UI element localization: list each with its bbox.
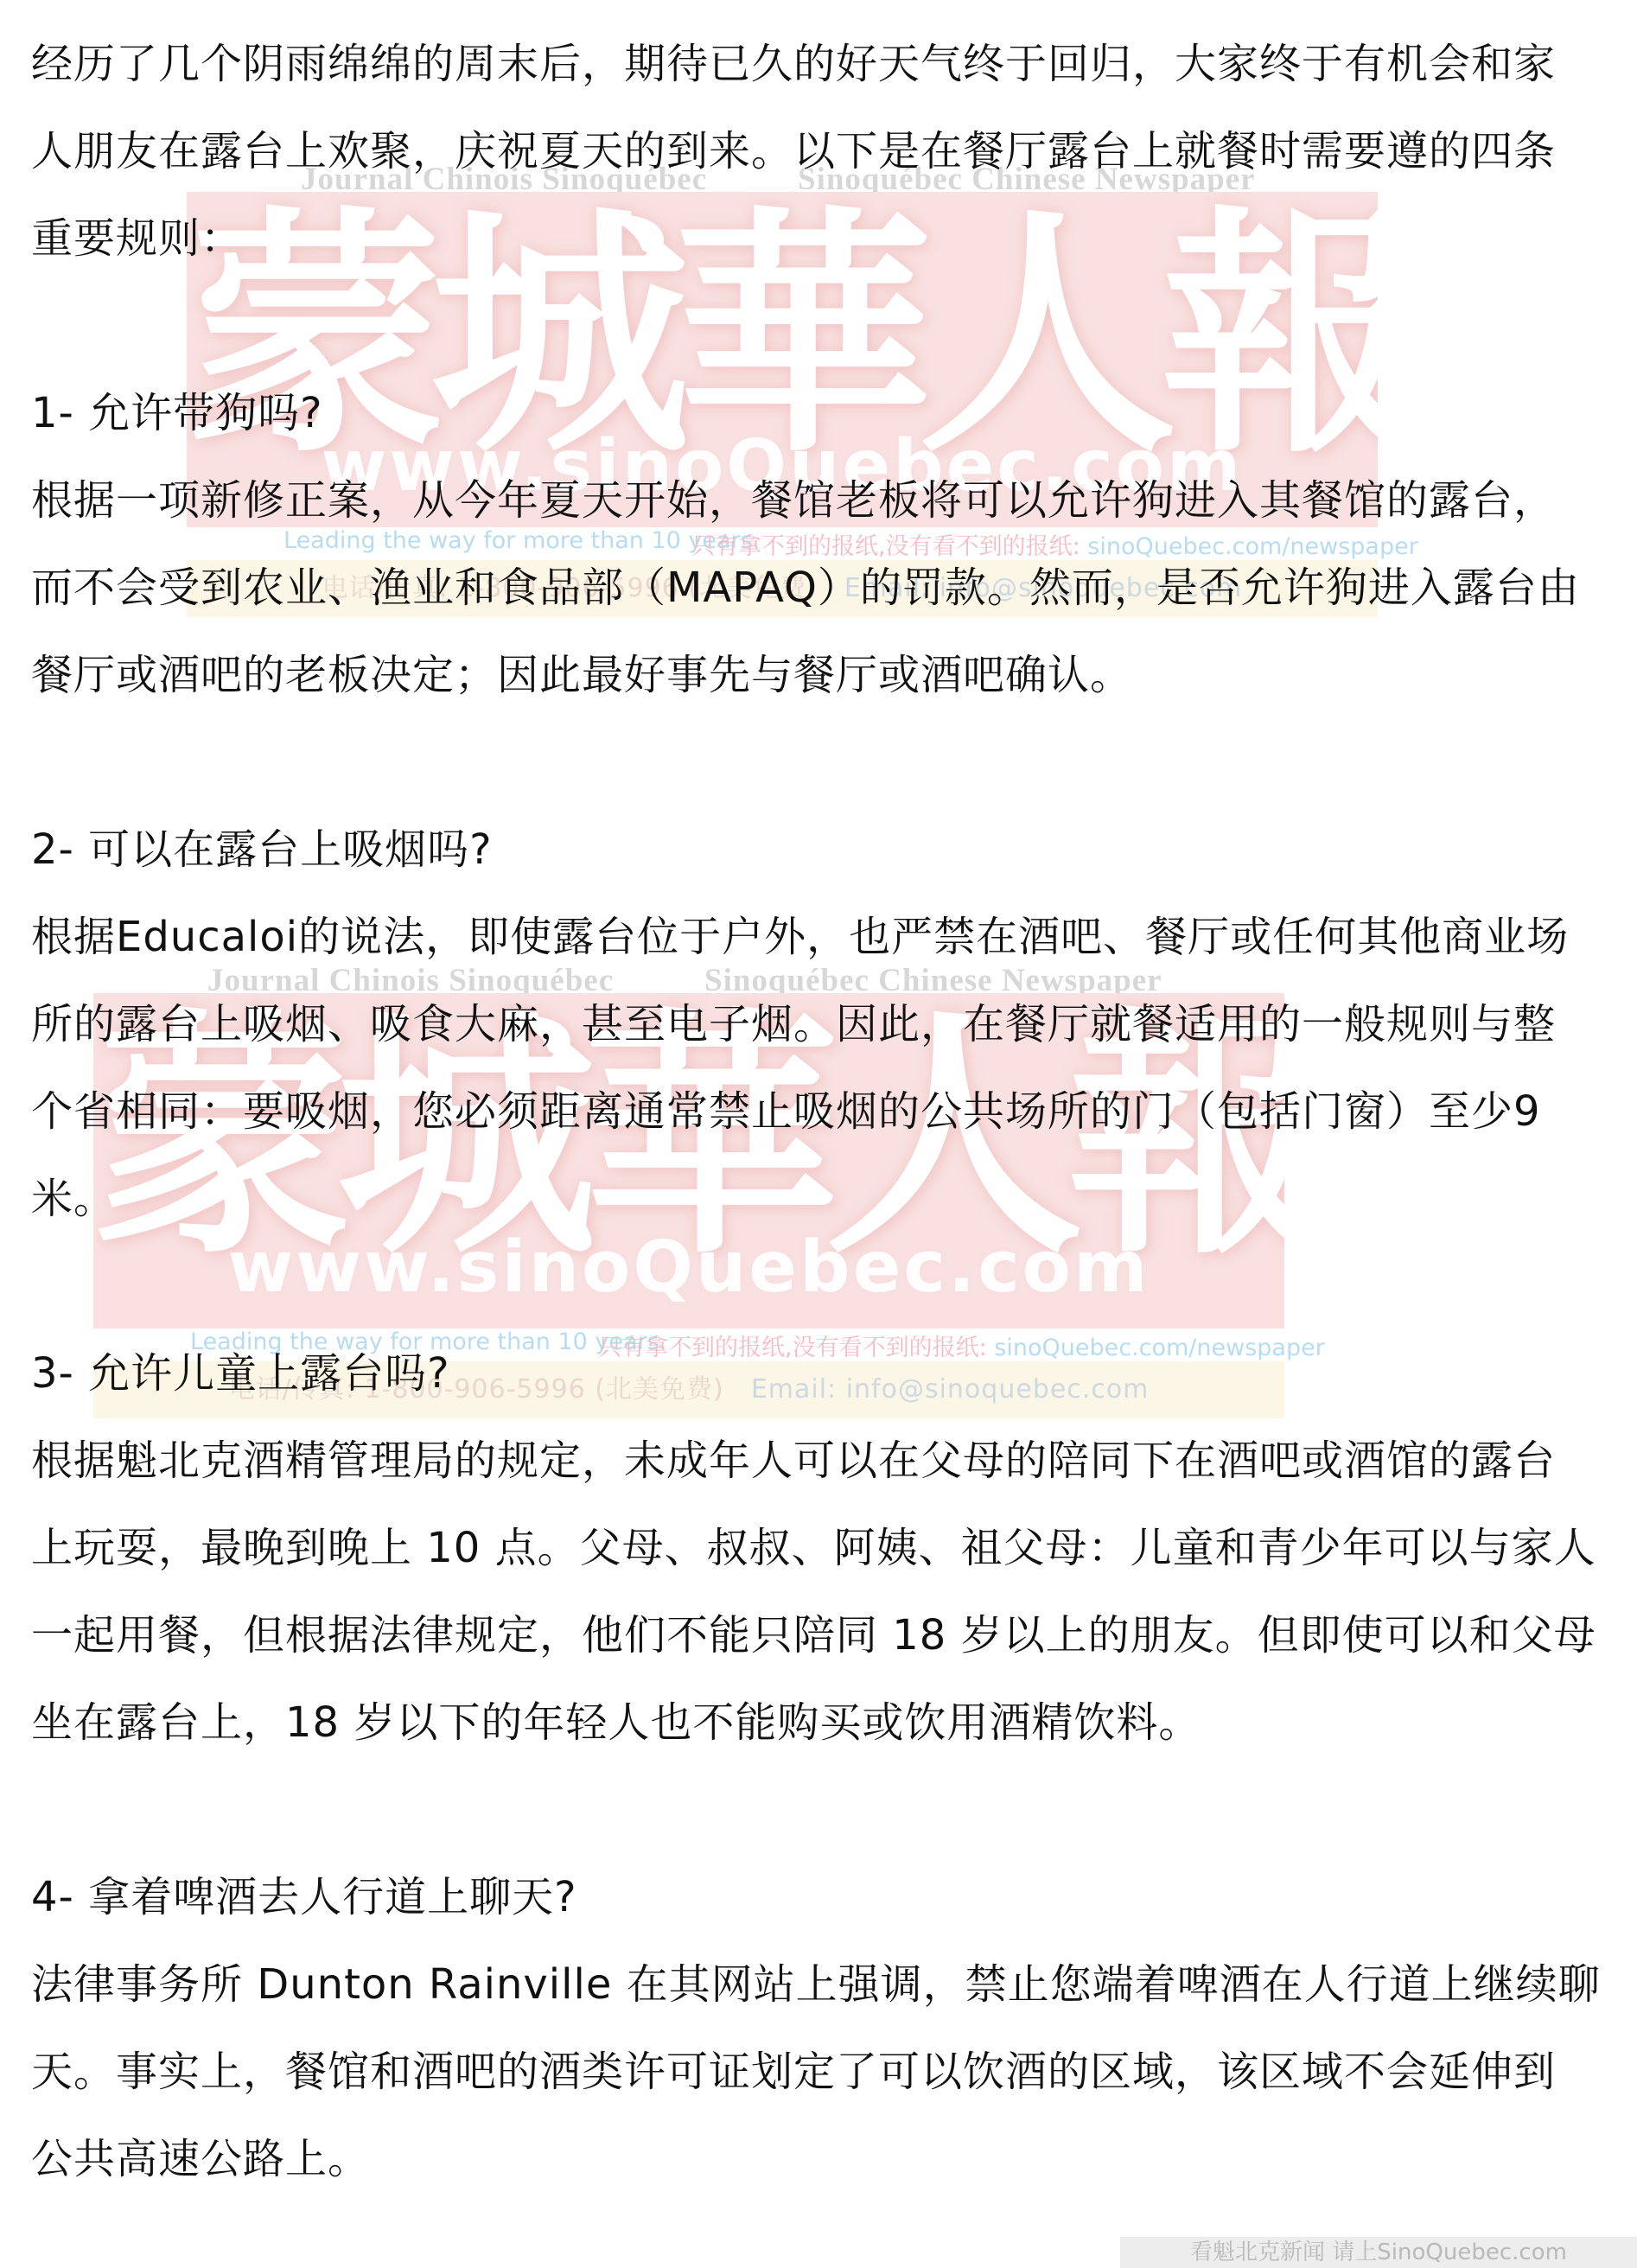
article-line: 上玩耍，最晚到晚上 10 点。父母、叔叔、阿姨、祖父母：儿童和青少年可以与家人 bbox=[31, 1526, 1613, 1570]
article-line: 一起用餐，但根据法律规定，他们不能只陪同 18 岁以上的朋友。但即使可以和父母 bbox=[31, 1613, 1613, 1658]
watermark-tagline-row: Leading the way for more than 10 years. … bbox=[187, 527, 1378, 557]
article-line: 根据Educaloi的说法，即使露台位于户外，也严禁在酒吧、餐厅或任何其他商业场 bbox=[31, 914, 1613, 959]
watermark-tagline-link: sinoQuebec.com/newspaper bbox=[1087, 533, 1418, 560]
article-line: 所的露台上吸烟、吸食大麻，甚至电子烟。因此，在餐厅就餐适用的一般规则与整 bbox=[31, 1002, 1613, 1047]
footer-promo-text: 看魁北克新闻 请上SinoQuebec.com bbox=[1190, 2239, 1567, 2265]
article-line: 人朋友在露台上欢聚，庆祝夏天的到来。以下是在餐厅露台上就餐时需要遵的四条 bbox=[31, 129, 1613, 174]
article-line: 而不会受到农业、渔业和食品部（MAPAQ）的罚款。然而，是否允许狗进入露台由 bbox=[31, 565, 1613, 610]
section-heading-4: 4- 拿着啤酒去人行道上聊天? bbox=[31, 1875, 1613, 1920]
article-line: 法律事务所 Dunton Rainville 在其网站上强调，禁止您端着啤酒在人… bbox=[31, 1962, 1613, 2007]
article-line: 坐在露台上，18 岁以下的年轻人也不能购买或饮用酒精饮料。 bbox=[31, 1700, 1613, 1745]
article-line: 天。事实上，餐馆和酒吧的酒类许可证划定了可以饮酒的区域，该区域不会延伸到 bbox=[31, 2049, 1613, 2094]
watermark-tagline-zh: 只有拿不到的报纸,没有看不到的报纸: sinoQuebec.com/newspa… bbox=[691, 527, 1418, 561]
section-heading-2: 2- 可以在露台上吸烟吗? bbox=[31, 827, 1613, 872]
article-line: 重要规则： bbox=[31, 216, 1613, 261]
article-line: 根据一项新修正案，从今年夏天开始，餐馆老板将可以允许狗进入其餐馆的露台， bbox=[31, 478, 1613, 523]
watermark-site-url: www.sinoQuebec.com bbox=[93, 1226, 1284, 1309]
article-line: 餐厅或酒吧的老板决定；因此最好事先与餐厅或酒吧确认。 bbox=[31, 653, 1613, 698]
article-line: 公共高速公路上。 bbox=[31, 2137, 1613, 2182]
article-line: 米。 bbox=[31, 1176, 1613, 1221]
article-line: 根据魁北克酒精管理局的规定，未成年人可以在父母的陪同下在酒吧或酒馆的露台 bbox=[31, 1438, 1613, 1483]
article-line: 个省相同：要吸烟，您必须距离通常禁止吸烟的公共场所的门（包括门窗）至少9 bbox=[31, 1089, 1613, 1134]
section-heading-3: 3- 允许儿童上露台吗? bbox=[31, 1351, 1613, 1396]
article-page: Journal Chinois Sinoquébec Sinoquébec Ch… bbox=[0, 0, 1637, 2268]
watermark-tagline-en: Leading the way for more than 10 years. bbox=[283, 527, 760, 554]
article-line: 经历了几个阴雨绵绵的周末后，期待已久的好天气终于回归，大家终于有机会和家 bbox=[31, 41, 1613, 86]
watermark-tagline-zh-text: 只有拿不到的报纸,没有看不到的报纸: bbox=[691, 533, 1080, 560]
section-heading-1: 1- 允许带狗吗? bbox=[31, 391, 1613, 436]
footer-promo-bar: 看魁北克新闻 请上SinoQuebec.com bbox=[1120, 2237, 1637, 2268]
watermark-journal-row: Journal Chinois Sinoquébec Sinoquébec Ch… bbox=[93, 962, 1284, 997]
